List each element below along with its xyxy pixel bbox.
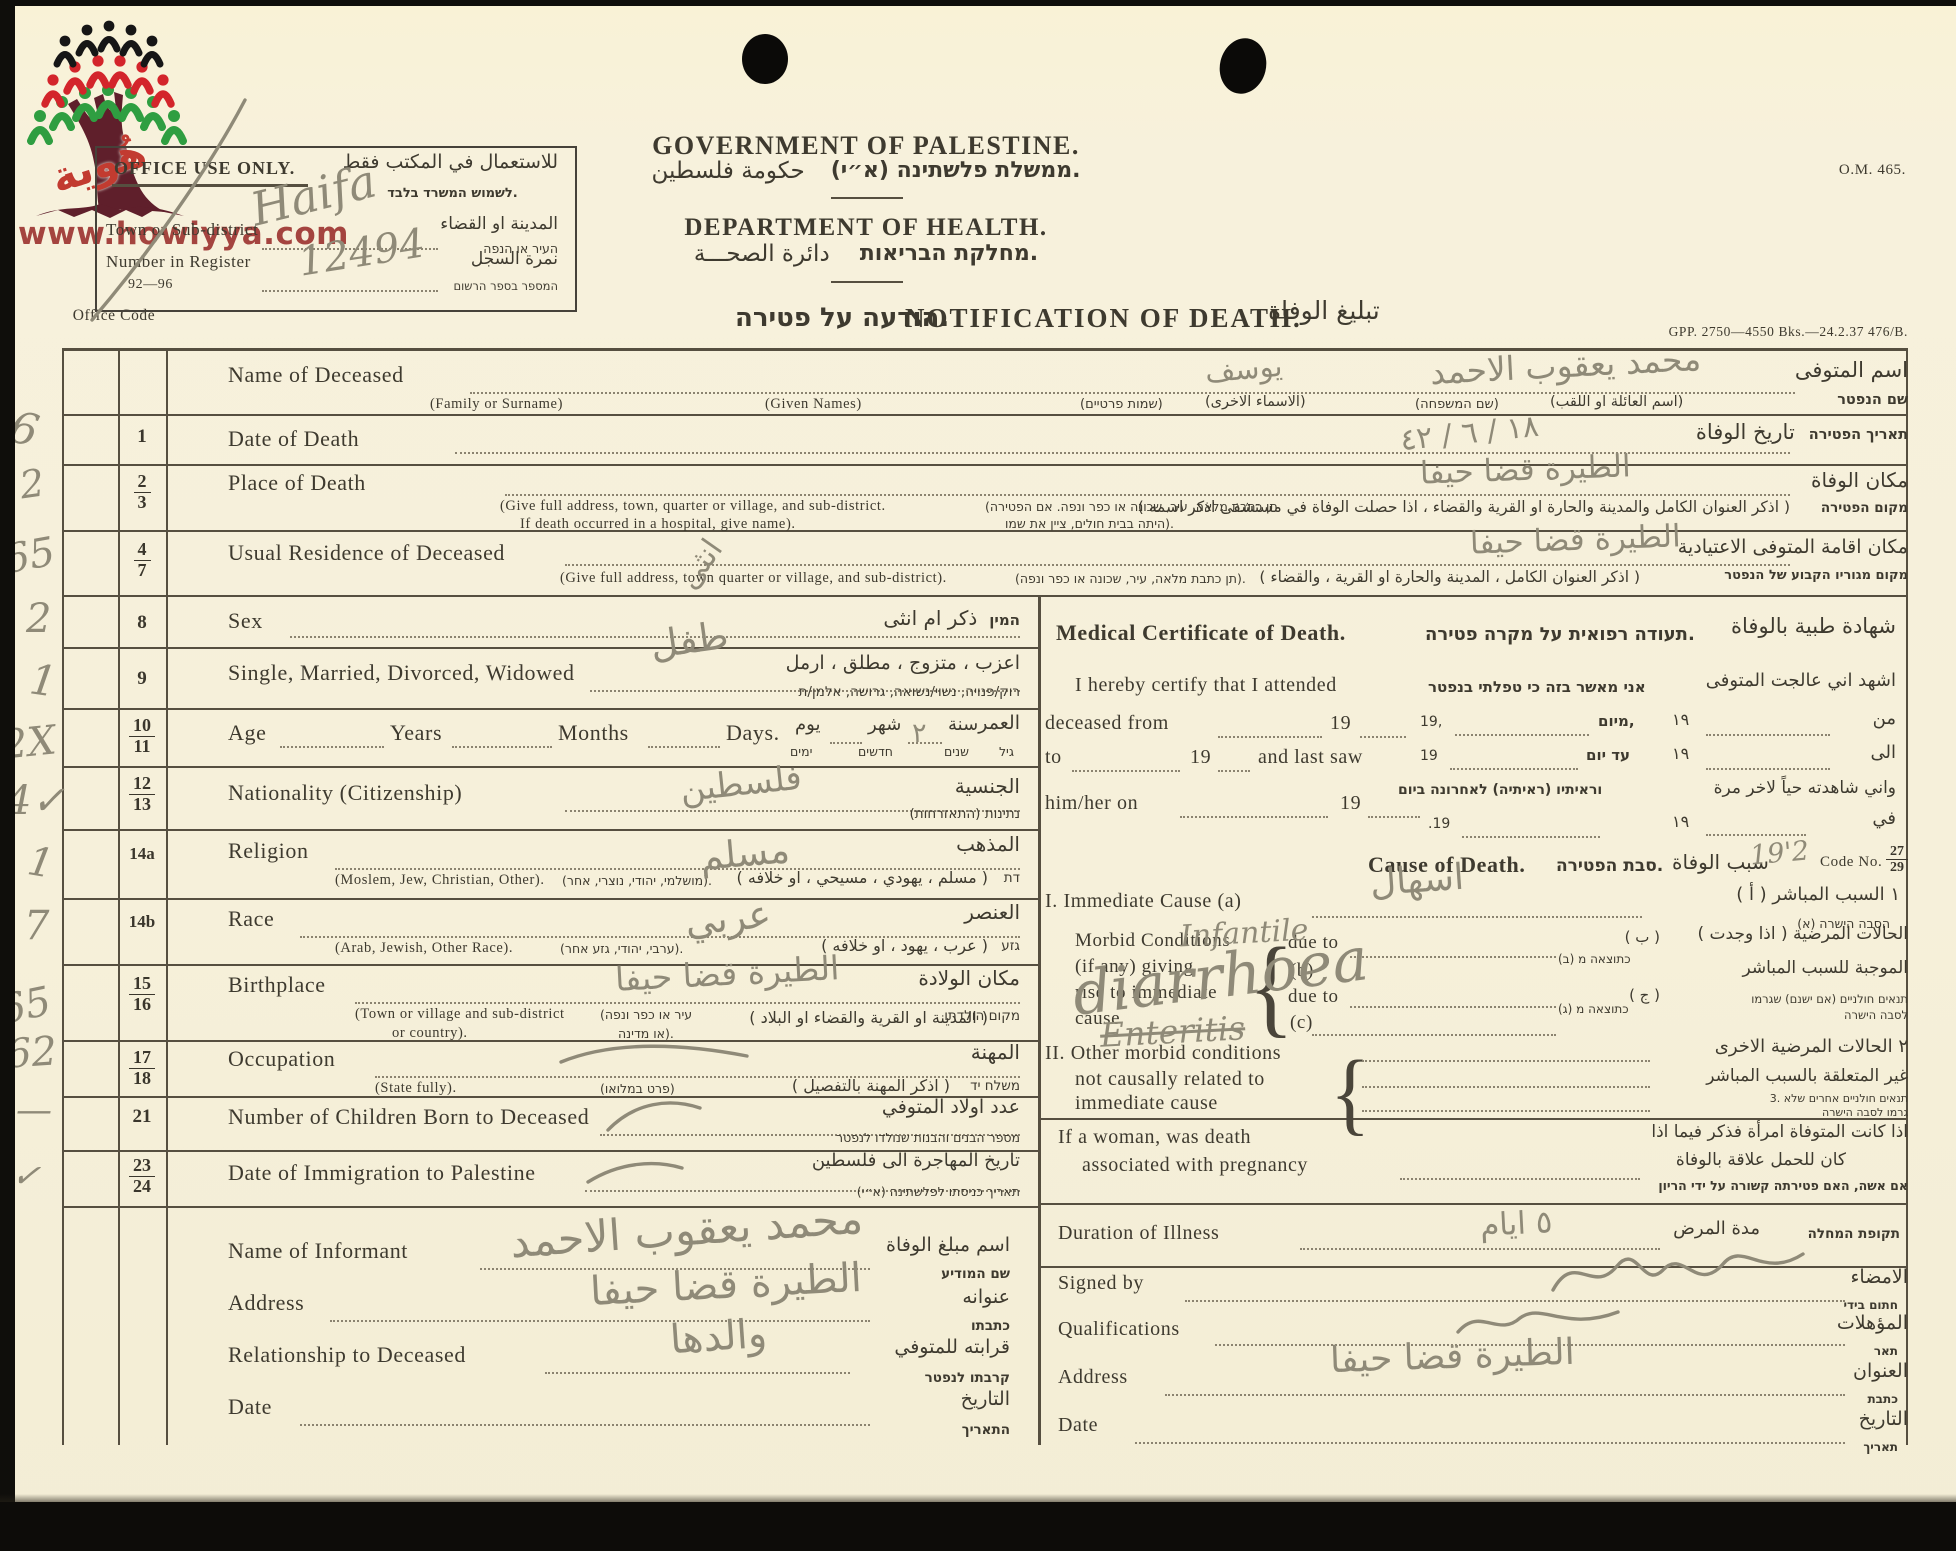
- marital-status-arabic: اعزب ، متزوج ، مطلق ، ارمل: [786, 652, 1020, 674]
- to-arabic: الى: [1871, 742, 1897, 763]
- due-to-c-hebrew: כתוצאה מ (ג): [1558, 1002, 1629, 1016]
- rule: [1041, 1203, 1908, 1205]
- dotted-line: [280, 744, 384, 748]
- row-number: 9: [118, 668, 166, 690]
- dotted-line: [1180, 814, 1328, 818]
- given-names-arabic: (الاسماء الاخرى): [1205, 394, 1306, 410]
- immediate-cause-label: I. Immediate Cause (a): [1045, 890, 1241, 913]
- in-arabic: في: [1872, 808, 1896, 829]
- rule: [62, 464, 1908, 466]
- sex-label: Sex: [228, 608, 263, 634]
- handwritten-religion: مسلم: [698, 828, 791, 879]
- row-number: 1213: [118, 774, 166, 815]
- rule: [62, 898, 1038, 900]
- marital-status-label: Single, Married, Divorced, Widowed: [228, 660, 575, 686]
- other-morbid-hebrew-2: גרמו לסבה הישרה: [1822, 1106, 1908, 1119]
- race-arabic: العنصر: [964, 900, 1020, 924]
- handwritten-given-name: يوسف: [1204, 349, 1284, 390]
- immigration-date-arabic: تاريخ المهاجرة الى فلسطين: [812, 1150, 1020, 1171]
- year-19-arabic: ١٩: [1672, 744, 1689, 763]
- usual-residence-label: Usual Residence of Deceased: [228, 540, 505, 566]
- place-instructions-2: If death occurred in a hospital, give na…: [520, 516, 796, 533]
- immigration-date-hebrew: תאריך כניסתו לפלשתינה (א״י): [857, 1184, 1020, 1199]
- office-use-only-hebrew: לשמוש המשרד בלבד.: [350, 186, 555, 201]
- pregnancy-arabic-2: كان للحمل علاقة بالوفاة: [1676, 1150, 1846, 1170]
- department-title-arabic: دائرة الصحـــة: [694, 241, 830, 267]
- relationship-label: Relationship to Deceased: [228, 1342, 466, 1368]
- other-morbid-2: not causally related to: [1075, 1068, 1265, 1091]
- year-19-hebrew: 19: [1420, 748, 1438, 764]
- dotted-line: [1360, 734, 1406, 738]
- year-19-hebrew: 19,: [1420, 714, 1442, 730]
- print-reference: GPP. 2750—4550 Bks.—24.2.37 476/B.: [1669, 324, 1908, 340]
- religion-arabic: المذهب: [956, 832, 1020, 856]
- other-morbid-1: II. Other morbid conditions: [1045, 1042, 1281, 1065]
- government-title-hebrew: ממשלת פלשתינה (א״י).: [831, 158, 1081, 184]
- immediate-cause-arabic: ١ السبب المباشر ( أ ): [1736, 884, 1900, 905]
- c-label: (c): [1290, 1012, 1313, 1034]
- dotted-line: [565, 562, 1790, 566]
- signed-by-label: Signed by: [1058, 1272, 1144, 1295]
- margin-code: 2: [17, 461, 47, 508]
- code-no-label: Code No.: [1820, 854, 1882, 871]
- dotted-line: [1706, 732, 1830, 736]
- year-19: 19: [1330, 712, 1351, 735]
- informant-name-arabic: اسم مبلغ الوفاة: [886, 1234, 1010, 1256]
- dotted-line: [1135, 1440, 1845, 1444]
- age-label: Age: [228, 720, 266, 746]
- sex-hebrew: המין: [989, 611, 1020, 629]
- dotted-line: [1400, 1176, 1640, 1180]
- hole-punch-left: [742, 34, 788, 84]
- last-saw-arabic: واني شاهدته حياً لاخر مرة: [1714, 778, 1896, 798]
- certify-statement: I hereby certify that I attended: [1075, 674, 1337, 697]
- certify-statement-hebrew: אני מאשר בזה כי טפלתי בנפטר: [1428, 678, 1646, 696]
- morbid-hebrew-2: לסבה הישרה: [1844, 1008, 1908, 1022]
- last-saw-hebrew: וראיתיו (ראיתיה) לאחרונה ביום: [1398, 782, 1602, 798]
- register-arabic: نمرة السجل: [418, 249, 558, 269]
- nationality-label: Nationality (Citizenship): [228, 780, 462, 806]
- code-number: 2729: [1880, 844, 1914, 876]
- dotted-line: [1312, 914, 1642, 918]
- rule: [62, 595, 1908, 597]
- row-number: 8: [118, 612, 166, 634]
- handwritten-race: عربي: [683, 892, 773, 945]
- pencil-dash: [580, 1152, 690, 1197]
- informant-date-arabic: التاريخ: [961, 1388, 1010, 1410]
- pencil-dash: [600, 1090, 710, 1145]
- place-instructions-arabic: ( اذكر العنوان الكامل والمدينة والحارة ا…: [1340, 498, 1790, 516]
- row-number: 1: [118, 426, 166, 448]
- birthplace-instructions-1: (Town or village and sub-district: [355, 1006, 565, 1023]
- pencil-dash: [555, 1034, 755, 1079]
- cause-of-death-hebrew: סבת הפטירה.: [1556, 856, 1663, 876]
- morbid-hebrew-1: תנאים חולניים (אם ישנם) שגרמו: [1751, 992, 1908, 1006]
- other-morbid-arabic-1: ٢ الحالات المرضية الاخرى: [1715, 1036, 1908, 1057]
- name-arabic: اسم المتوفى: [1795, 358, 1908, 382]
- age-arabic: العمر: [978, 712, 1020, 734]
- duration-of-illness-label: Duration of Illness: [1058, 1222, 1219, 1245]
- handwritten-age-months: ٢: [912, 718, 927, 749]
- relationship-hebrew: קרבתו לנפטר: [925, 1370, 1010, 1386]
- informant-address-label: Address: [228, 1290, 304, 1316]
- row-number: 21: [118, 1106, 166, 1128]
- place-of-death-arabic: مكان الوفاة: [1811, 468, 1908, 492]
- place-of-death-hebrew: מקום הפטירה: [1821, 500, 1908, 516]
- row-number: 23: [118, 472, 166, 513]
- c-arabic: ( ج ): [1629, 986, 1660, 1004]
- rule: [62, 708, 1038, 710]
- other-morbid-hebrew-1: 3. תנאים חולניים אחרים שלא: [1770, 1092, 1908, 1105]
- informant-name-label: Name of Informant: [228, 1238, 408, 1264]
- government-title: GOVERNMENT OF PALESTINE.: [560, 131, 1172, 161]
- form-title-arabic: تبليغ الوفاة: [1268, 296, 1380, 325]
- race-label: Race: [228, 906, 274, 932]
- and-last-saw-label: and last saw: [1258, 746, 1363, 769]
- dotted-line: [1450, 766, 1578, 770]
- rule: [62, 1206, 1038, 1208]
- rule: [62, 647, 1038, 649]
- residence-instructions: (Give full address, town quarter or vill…: [560, 570, 947, 587]
- handwritten-place-of-death: الطيرة قضا حيفا: [1419, 448, 1631, 491]
- dotted-line: [1368, 814, 1420, 818]
- dotted-line: [1312, 1032, 1556, 1036]
- surname-arabic: (اسم العائلة او اللقب): [1550, 394, 1683, 410]
- occupation-instructions: (State fully).: [375, 1080, 457, 1097]
- race-options-hebrew: (ערבי, יהודי, גזע אחר).: [560, 941, 683, 956]
- other-morbid-arabic-2: غير المتعلقة بالسبب المباشر: [1706, 1066, 1908, 1086]
- informant-date-hebrew: התאריך: [962, 1422, 1010, 1438]
- rule: [1041, 1118, 1908, 1120]
- race-options: (Arab, Jewish, Other Race).: [335, 940, 513, 957]
- from-hebrew: מיום,: [1598, 712, 1635, 730]
- dotted-line: [1350, 1004, 1556, 1008]
- year-19-hebrew: .19: [1428, 816, 1450, 832]
- religion-label: Religion: [228, 838, 309, 864]
- qualifications-hebrew: תאר: [1874, 1344, 1898, 1358]
- handwritten-residence: الطيرة قضا حيفا: [1469, 518, 1681, 561]
- department-title-hebrew: מחלקת הבריאות.: [860, 241, 1038, 267]
- morbid-arabic-2: الموجبة للسبب المباشر: [1742, 958, 1908, 978]
- government-title-arabic: حكومة فلسطين: [651, 158, 804, 184]
- year-19-arabic: ١٩: [1672, 812, 1689, 831]
- age-months-hebrew: חדשים: [858, 744, 893, 759]
- pregnancy-hebrew: אם אשה, האם פטירתה קשורה על ידי הריון: [1658, 1178, 1908, 1193]
- scanned-death-notification-form: هُوية www.howiyya.com GOVERNMENT OF PALE…: [0, 0, 1956, 1551]
- signed-by-hebrew: חתום בידי: [1843, 1298, 1898, 1312]
- age-days-label: Days.: [726, 720, 780, 746]
- margin-code: 2: [26, 596, 51, 642]
- date-of-death-arabic: تاريخ الوفاة: [1696, 420, 1795, 444]
- scan-edge-left: [0, 0, 15, 1551]
- handwritten-immediate-cause: اسهال: [1369, 857, 1466, 904]
- occupation-label: Occupation: [228, 1046, 335, 1072]
- handwritten-duration: ٥ ايام: [1479, 1204, 1553, 1244]
- margin-code: 1: [24, 838, 57, 888]
- dotted-line: [452, 744, 552, 748]
- row-number: 1011: [118, 716, 166, 757]
- doctor-address-hebrew: כתבת: [1867, 1392, 1898, 1406]
- date-of-death-hebrew: תאריך הפטירה: [1809, 427, 1908, 443]
- religion-options-hebrew: (מושלמי, יהודי, נוצרי, אחר).: [562, 873, 712, 888]
- pregnancy-arabic-1: اذا كانت المتوفاة امرأة فذكر فيما اذا: [1651, 1122, 1908, 1142]
- name-hebrew: שם הנפטר: [1837, 392, 1908, 408]
- sex-arabic: ذكر ام انثى: [883, 606, 977, 630]
- rule: [62, 829, 1038, 831]
- usual-residence-arabic: مكان اقامة المتوفى الاعتيادية: [1678, 536, 1908, 558]
- year-19: 19: [1190, 746, 1211, 769]
- dotted-line: [1706, 766, 1830, 770]
- occupation-hebrew: משלח יד: [970, 1078, 1020, 1094]
- rule: [166, 348, 168, 1445]
- immigration-date-label: Date of Immigration to Palestine: [228, 1160, 536, 1186]
- until-day-hebrew: עד יום: [1586, 746, 1630, 764]
- birthplace-instructions-2: or country).: [392, 1025, 468, 1042]
- rule: [62, 1040, 1038, 1042]
- birthplace-hebrew: מקום הולדתו: [944, 1008, 1020, 1024]
- handwritten-doctor-address: الطيرة قضا حيفا: [1329, 1332, 1575, 1382]
- children-born-arabic: عدد اولاد المتوفي: [882, 1096, 1020, 1118]
- medical-certificate-title: Medical Certificate of Death.: [1056, 620, 1346, 646]
- religion-options: (Moslem, Jew, Christian, Other).: [335, 872, 545, 889]
- place-instructions-1: (Give full address, town, quarter or vil…: [500, 498, 886, 515]
- occupation-arabic: المهنة: [971, 1040, 1020, 1064]
- dotted-line: [1165, 1392, 1845, 1396]
- year-19-arabic: ١٩: [1672, 710, 1689, 729]
- row-number: 14b: [118, 912, 166, 932]
- department-title: DEPARTMENT OF HEALTH.: [560, 214, 1172, 242]
- rule: [62, 348, 64, 1445]
- age-months-label: Months: [558, 720, 629, 746]
- date-of-death-label: Date of Death: [228, 426, 359, 452]
- religion-hebrew: דת: [1004, 870, 1020, 886]
- marital-status-hebrew: רוק/פנויה, נשוי/נשואה, גרושה, אלמן/ת: [799, 684, 1020, 700]
- signed-by-arabic: الامضاء: [1851, 1266, 1909, 1288]
- dotted-line: [300, 1422, 870, 1426]
- dotted-line: [1218, 768, 1250, 772]
- informant-name-hebrew: שם המודיע: [941, 1266, 1010, 1282]
- dotted-line: [355, 1000, 1020, 1004]
- nationality-hebrew: נתינות (התאזרחות): [910, 806, 1020, 822]
- handwritten-marital-status: طفل: [647, 613, 731, 667]
- age-months-arabic: شهر: [868, 714, 901, 735]
- year-19: 19: [1340, 792, 1361, 815]
- brace: {: [1330, 1040, 1370, 1147]
- dotted-line: [330, 1318, 870, 1322]
- rule: [62, 964, 1038, 966]
- margin-code: 1: [27, 654, 60, 706]
- age-days-hebrew: ימים: [790, 744, 812, 759]
- dotted-line: [545, 1370, 850, 1374]
- doctor-date-hebrew: תאריך: [1863, 1440, 1898, 1454]
- dotted-line: [1072, 768, 1180, 772]
- informant-address-hebrew: כתבתו: [971, 1318, 1010, 1334]
- name-of-deceased-label: Name of Deceased: [228, 362, 404, 388]
- row-number: 1718: [118, 1048, 166, 1089]
- age-hebrew: גיל: [999, 744, 1014, 759]
- age-days-arabic: يوم: [795, 714, 820, 735]
- row-number: 14a: [118, 844, 166, 864]
- rule: [1038, 595, 1041, 1445]
- dotted-line: [648, 744, 720, 748]
- scan-edge-bottom: [0, 1502, 1956, 1551]
- margin-code: 7: [24, 903, 49, 949]
- usual-residence-hebrew: מקום מגוריו הקבוע של הנפטר: [1724, 568, 1908, 583]
- pregnancy-question-1: If a woman, was death: [1058, 1126, 1251, 1149]
- nationality-arabic: الجنسية: [955, 774, 1020, 798]
- rule: [831, 281, 903, 283]
- relationship-arabic: قرابته للمتوفي: [894, 1336, 1010, 1358]
- form-title: NOTIFICATION OF DEATH.: [905, 303, 1302, 334]
- morbid-arabic-1: الحالات المرضية ( اذا وجدت ): [1698, 924, 1909, 944]
- scan-edge-shadow: [0, 1494, 1956, 1502]
- dotted-line: [1362, 1058, 1650, 1062]
- given-names-sublabel: (Given Names): [765, 396, 862, 413]
- dotted-line: [1362, 1084, 1650, 1088]
- b-arabic: ( ب ): [1625, 928, 1660, 946]
- attended-from-label: deceased from: [1045, 712, 1169, 735]
- dotted-line: [1455, 732, 1589, 736]
- dotted-line: [1362, 1108, 1650, 1112]
- margin-code: —: [16, 1090, 52, 1131]
- other-morbid-3: immediate cause: [1075, 1092, 1218, 1115]
- dotted-line: [505, 492, 1790, 496]
- medical-certificate-title-hebrew: תעודה רפואית על מקרה פטירה.: [1425, 624, 1695, 645]
- pencil-stroke: [80, 92, 260, 332]
- row-number: 2324: [118, 1156, 166, 1197]
- informant-address-arabic: عنوانه: [962, 1286, 1010, 1308]
- dotted-line: [1462, 834, 1600, 838]
- rule: [831, 197, 903, 199]
- qualifications-arabic: المؤهلات: [1837, 1312, 1908, 1334]
- doctor-address-arabic: العنوان: [1853, 1360, 1908, 1382]
- qualifications-label: Qualifications: [1058, 1318, 1180, 1341]
- surname-hebrew: (שם המשפחה): [1415, 397, 1499, 412]
- doctor-date-arabic: التاريخ: [1859, 1408, 1908, 1430]
- om-reference: O.M. 465.: [1839, 162, 1906, 179]
- doctor-date-label: Date: [1058, 1414, 1098, 1437]
- handwritten-relationship: والدها: [669, 1311, 769, 1364]
- residence-instructions-arabic: ( اذكر العنوان الكامل ، المدينة والحارة …: [1310, 568, 1640, 586]
- from-arabic: من: [1873, 708, 1896, 729]
- birthplace-arabic: مكان الولادة: [918, 966, 1020, 990]
- informant-date-label: Date: [228, 1394, 272, 1420]
- age-years-label: Years: [390, 720, 442, 746]
- age-years-hebrew: שנים: [944, 744, 969, 759]
- handwritten-cause-code: 19'2: [1749, 835, 1810, 871]
- birthplace-label: Birthplace: [228, 972, 326, 998]
- place-instructions-hebrew-2: היתה בבית חולים, ציין את שמו).: [1005, 516, 1174, 531]
- certify-statement-arabic: اشهد اني عالجت المتوفى: [1706, 670, 1896, 691]
- dotted-line: [1218, 734, 1322, 738]
- handwritten-deceased-name: محمد يعقوب الاحمد: [1429, 339, 1702, 392]
- row-number: 1516: [118, 974, 166, 1015]
- rule: [62, 766, 1038, 768]
- him-her-on-label: him/her on: [1045, 792, 1138, 815]
- handwritten-informant-address: الطيرة قضا حيفا: [589, 1255, 863, 1315]
- children-born-label: Number of Children Born to Deceased: [228, 1104, 589, 1130]
- hole-punch-right: [1214, 33, 1272, 98]
- doctor-address-label: Address: [1058, 1366, 1128, 1389]
- row-number: 47: [118, 540, 166, 581]
- duration-hebrew: תקופת המחלה: [1808, 1226, 1900, 1242]
- scan-edge-top: [0, 0, 1956, 6]
- to-label: to: [1045, 746, 1062, 769]
- medical-certificate-title-arabic: شهادة طبية بالوفاة: [1731, 614, 1896, 638]
- dotted-line: [1350, 954, 1556, 958]
- family-surname-sublabel: (Family or Surname): [430, 396, 563, 413]
- given-names-hebrew: (שמות פרטיים): [1080, 397, 1163, 412]
- pregnancy-question-2: associated with pregnancy: [1082, 1154, 1308, 1177]
- register-hebrew: המספר בספר הרשום: [388, 279, 558, 293]
- dotted-line: [1706, 832, 1806, 836]
- birthplace-instructions-hebrew-1: (עיר או כפר ונפה: [600, 1007, 692, 1022]
- place-of-death-label: Place of Death: [228, 470, 366, 496]
- children-born-hebrew: מספר הבנים והבנות שנולדו לנפטר: [836, 1130, 1020, 1145]
- due-to-b-hebrew: כתוצאה מ (ב): [1558, 952, 1631, 966]
- age-years-arabic: سنة: [948, 714, 978, 735]
- residence-instructions-hebrew: (תן כתבת מלאה, עיר, שכונה או כפר ונפה).: [1015, 571, 1246, 586]
- rule: [62, 414, 1908, 416]
- race-hebrew: גזע: [1001, 938, 1020, 954]
